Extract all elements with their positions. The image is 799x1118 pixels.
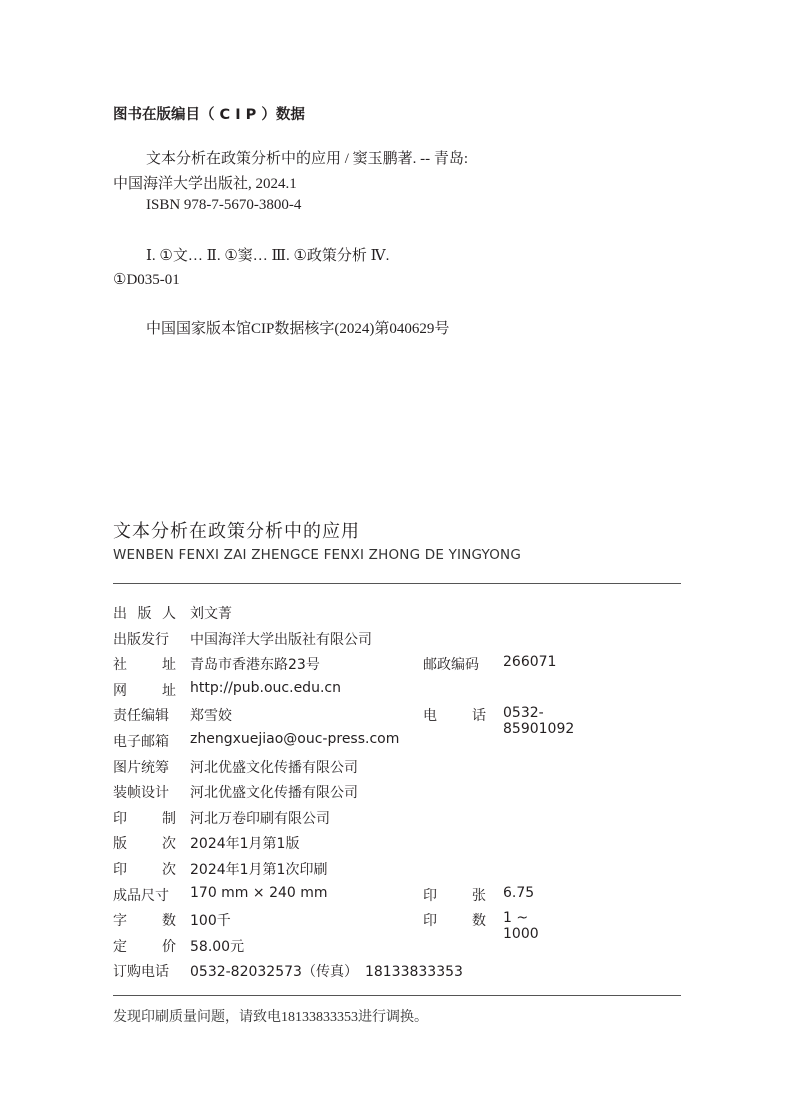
colophon-label-secondary: 电话 — [423, 705, 486, 725]
colophon-value: http://pub.ouc.edu.cn — [190, 680, 341, 700]
label-part: 电 — [423, 705, 437, 725]
top-divider — [113, 583, 681, 584]
colophon-label: 责任编辑 — [113, 705, 176, 725]
colophon-value: 河北万卷印刷有限公司 — [190, 808, 330, 828]
colophon-label: 社址 — [113, 654, 176, 674]
colophon-label: 出版发行 — [113, 629, 176, 649]
colophon-row: 版次2024年1月第1版 — [113, 833, 299, 853]
colophon-row: 图片统筹河北优盛文化传播有限公司 — [113, 757, 358, 777]
colophon-label-secondary: 印数 — [423, 910, 486, 930]
label-part: 订购电话 — [113, 961, 169, 981]
label-part: 电子邮箱 — [113, 731, 169, 751]
colophon-value: 2024年1月第1版 — [190, 833, 299, 853]
label-part: 成品尺寸 — [113, 885, 169, 905]
label-part: 装帧设计 — [113, 782, 169, 802]
colophon-value: 郑雪姣 — [190, 705, 232, 725]
label-part: 价 — [162, 936, 176, 956]
colophon-value: 58.00元 — [190, 936, 244, 956]
colophon-value-secondary: 6.75 — [503, 885, 534, 901]
label-part: 网 — [113, 680, 127, 700]
colophon-value: 100千 — [190, 910, 231, 930]
colophon-row: 印次2024年1月第1次印刷 — [113, 859, 327, 879]
label-part: 印 — [423, 885, 437, 905]
label-part: 址 — [162, 680, 176, 700]
label-part: 印 — [113, 859, 127, 879]
cip-line: 中国国家版本馆CIP数据核字(2024)第040629号 — [146, 317, 449, 338]
label-part: 出版发行 — [113, 629, 169, 649]
colophon-row: 出版发行中国海洋大学出版社有限公司 — [113, 629, 372, 649]
label-part: 图片统筹 — [113, 757, 169, 777]
label-part: 邮政编码 — [423, 654, 479, 674]
label-part: 社 — [113, 654, 127, 674]
label-part: 制 — [162, 808, 176, 828]
colophon-value: zhengxuejiao@ouc-press.com — [190, 731, 399, 751]
colophon-row: 电子邮箱zhengxuejiao@ouc-press.com — [113, 731, 399, 751]
colophon-value: 河北优盛文化传播有限公司 — [190, 757, 358, 777]
label-part: 数 — [162, 910, 176, 930]
footer-note: 发现印刷质量问题，请致电18133833353进行调换。 — [113, 1006, 428, 1026]
colophon-row: 印制河北万卷印刷有限公司 — [113, 808, 330, 828]
label-part: 版 — [113, 833, 127, 853]
label-part: 印 — [423, 910, 437, 930]
colophon-value: 0532-82032573（传真） 18133833353 — [190, 961, 463, 981]
label-part: 责任编辑 — [113, 705, 169, 725]
label-part: 数 — [472, 910, 486, 930]
colophon-row: 成品尺寸170 mm × 240 mm印张6.75 — [113, 885, 328, 905]
book-title-cn: 文本分析在政策分析中的应用 — [113, 517, 360, 543]
colophon-row: 订购电话0532-82032573（传真） 18133833353 — [113, 961, 463, 981]
cip-heading: 图书在版编目（ C I P ）数据 — [113, 103, 305, 124]
colophon-value-secondary: 1 ~ 1000 — [503, 910, 539, 942]
colophon-label-secondary: 印张 — [423, 885, 486, 905]
colophon-row: 装帧设计河北优盛文化传播有限公司 — [113, 782, 358, 802]
colophon-label: 订购电话 — [113, 961, 176, 981]
label-part: 话 — [472, 705, 486, 725]
colophon-row: 责任编辑郑雪姣电话0532-85901092 — [113, 705, 232, 725]
colophon-value: 170 mm × 240 mm — [190, 885, 328, 905]
cip-line: Ⅰ. ①文… Ⅱ. ①窦… Ⅲ. ①政策分析 Ⅳ. — [146, 244, 389, 265]
label-part: 次 — [162, 859, 176, 879]
label-part: 张 — [472, 885, 486, 905]
colophon-label-secondary: 邮政编码 — [423, 654, 486, 674]
label-part: 次 — [162, 833, 176, 853]
colophon-row: 出版人刘文菁 — [113, 603, 232, 623]
colophon-label: 定价 — [113, 936, 176, 956]
colophon-label: 装帧设计 — [113, 782, 176, 802]
colophon-label: 版次 — [113, 833, 176, 853]
colophon-row: 网址http://pub.ouc.edu.cn — [113, 680, 341, 700]
colophon-value: 中国海洋大学出版社有限公司 — [190, 629, 372, 649]
label-part: 字 — [113, 910, 127, 930]
cip-line: 中国海洋大学出版社, 2024.1 — [113, 172, 297, 193]
colophon-label: 印次 — [113, 859, 176, 879]
colophon-label: 图片统筹 — [113, 757, 176, 777]
colophon-label: 成品尺寸 — [113, 885, 176, 905]
colophon-label: 出版人 — [113, 603, 176, 623]
label-part: 印 — [113, 808, 127, 828]
colophon-value: 2024年1月第1次印刷 — [190, 859, 327, 879]
colophon-value: 刘文菁 — [190, 603, 232, 623]
colophon-value-secondary: 266071 — [503, 654, 556, 670]
colophon-label: 字数 — [113, 910, 176, 930]
label-part: 版 — [138, 603, 152, 623]
colophon-value-secondary: 0532-85901092 — [503, 705, 574, 737]
cip-line: 文本分析在政策分析中的应用 / 窦玉鹏著. -- 青岛: — [146, 147, 468, 168]
colophon-row: 定价58.00元 — [113, 936, 244, 956]
colophon-label: 印制 — [113, 808, 176, 828]
book-title-en: WENBEN FENXI ZAI ZHENGCE FENXI ZHONG DE … — [113, 547, 521, 563]
label-part: 出 — [113, 603, 127, 623]
label-part: 人 — [162, 603, 176, 623]
colophon-value: 青岛市香港东路23号 — [190, 654, 320, 674]
bottom-divider — [113, 995, 681, 996]
colophon-label: 网址 — [113, 680, 176, 700]
cip-line: ①D035-01 — [113, 270, 180, 289]
colophon-row: 字数100千印数1 ~ 1000 — [113, 910, 231, 930]
cip-line: ISBN 978-7-5670-3800-4 — [146, 197, 301, 214]
colophon-value: 河北优盛文化传播有限公司 — [190, 782, 358, 802]
colophon-label: 电子邮箱 — [113, 731, 176, 751]
colophon-row: 社址青岛市香港东路23号邮政编码266071 — [113, 654, 320, 674]
label-part: 定 — [113, 936, 127, 956]
label-part: 址 — [162, 654, 176, 674]
